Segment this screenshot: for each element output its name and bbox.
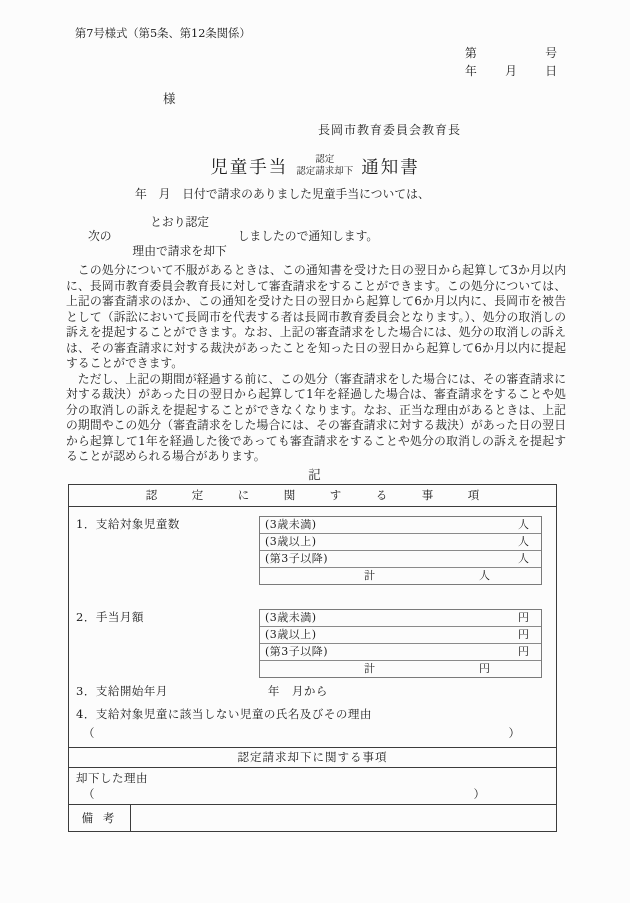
issuer-name: 長岡市教育委員会教育長	[318, 123, 630, 139]
item2-label: 2．手当月額	[69, 609, 259, 625]
title-option-rejection: 認定請求却下	[296, 167, 353, 177]
title-suffix: 通知書	[361, 160, 420, 178]
item2-row-under3: (3歳未満) 円	[260, 610, 541, 627]
title-option-stack: 認定 認定請求却下	[296, 155, 353, 178]
item2-row: 2．手当月額 (3歳未満) 円 (3歳以上) 円 (第3子以降) 円	[69, 609, 556, 678]
addressee-suffix: 様	[163, 91, 630, 107]
title-prefix: 児童手当	[210, 160, 288, 178]
form-number: 第7号様式（第5条、第12条関係）	[75, 26, 630, 42]
section-header-rejection: 認定請求却下に関する事項	[69, 748, 556, 768]
item2-over3-unit: 円	[489, 627, 541, 643]
remarks-label: 備 考	[69, 805, 131, 831]
item3-label: 3．支給開始年月	[76, 684, 168, 700]
section-header-approval: 認 定 に 関 す る 事 項	[69, 485, 556, 507]
item4-label: 4．支給対象児童に該当しない児童の氏名及びその理由	[69, 707, 556, 723]
item1-over3-unit: 人	[489, 534, 541, 550]
doc-number-prefix: 第	[465, 45, 477, 61]
item2-over3-label: (3歳以上)	[260, 627, 489, 643]
item3-value: 年 月から	[268, 684, 328, 700]
legal-notice-paragraphs: この処分について不服があるときは、この通知書を受けた日の翌日から起算して3か月以…	[66, 263, 566, 465]
rejection-reason-field: （ ）	[83, 787, 485, 803]
date-day-label: 日	[545, 63, 557, 79]
item2-amount-box: (3歳未満) 円 (3歳以上) 円 (第3子以降) 円 計 円	[259, 609, 542, 678]
rejection-paren-open: （	[83, 787, 95, 803]
choice-suffix: しましたので通知します。	[238, 229, 379, 245]
item3-row: 3．支給開始年月 年 月から	[69, 684, 556, 700]
item2-row-thirdchild: (第3子以降) 円	[260, 644, 541, 661]
item1-row-under3: (3歳未満) 人	[260, 517, 541, 534]
rejection-reason-cell: 却下した理由 （ ）	[69, 768, 556, 805]
item1-row: 1．支給対象児童数 (3歳未満) 人 (3歳以上) 人 (第3子以降) 人	[69, 516, 556, 585]
item2-row-over3: (3歳以上) 円	[260, 627, 541, 644]
item4-paren-close: ）	[509, 726, 521, 742]
rejection-reason-label: 却下した理由	[76, 770, 556, 786]
item2-total-row: 計 円	[260, 661, 541, 677]
item4-reason-field: （ ）	[83, 726, 520, 742]
choice-option-approval: とおり認定	[150, 215, 209, 231]
item1-total-row: 計 人	[260, 568, 541, 584]
notification-choice-line: 次の とおり認定 理由で請求を却下 しましたので通知します。	[88, 215, 630, 259]
approval-details-cell: 1．支給対象児童数 (3歳未満) 人 (3歳以上) 人 (第3子以降) 人	[69, 507, 556, 748]
item1-count-box: (3歳未満) 人 (3歳以上) 人 (第3子以降) 人 計 人	[259, 516, 542, 585]
item2-thirdchild-unit: 円	[489, 644, 541, 660]
item1-thirdchild-label: (第3子以降)	[260, 551, 489, 567]
date-month-label: 月	[505, 63, 517, 79]
item1-under3-unit: 人	[489, 517, 541, 533]
item1-total-label: 計	[260, 568, 479, 584]
item2-thirdchild-label: (第3子以降)	[260, 644, 489, 660]
choice-option-stack: とおり認定 理由で請求を却下	[124, 215, 236, 259]
item1-thirdchild-unit: 人	[489, 551, 541, 567]
request-date-line: 年 月 日付で請求のありました児童手当については、	[135, 187, 630, 203]
doc-meta-block: 第 号 年 月 日	[465, 45, 557, 79]
document-title: 児童手当 認定 認定請求却下 通知書	[0, 155, 630, 178]
appeal-paragraph: この処分について不服があるときは、この通知書を受けた日の翌日から起算して3か月以…	[66, 263, 566, 372]
remarks-value-cell	[131, 805, 556, 831]
title-option-approval: 認定	[315, 155, 334, 165]
item1-label: 1．支給対象児童数	[69, 516, 259, 532]
item2-total-unit: 円	[479, 661, 541, 677]
item2-under3-label: (3歳未満)	[260, 610, 489, 626]
item1-total-unit: 人	[479, 568, 541, 584]
item2-total-label: 計	[260, 661, 479, 677]
rejection-paren-close: ）	[474, 787, 486, 803]
item1-under3-label: (3歳未満)	[260, 517, 489, 533]
item1-over3-label: (3歳以上)	[260, 534, 489, 550]
item1-row-thirdchild: (第3子以降) 人	[260, 551, 541, 568]
item2-under3-unit: 円	[489, 610, 541, 626]
date-year-label: 年	[465, 63, 477, 79]
item1-row-over3: (3歳以上) 人	[260, 534, 541, 551]
item4-paren-open: （	[83, 726, 95, 742]
remarks-row: 備 考	[69, 805, 556, 831]
details-table: 認 定 に 関 す る 事 項 1．支給対象児童数 (3歳未満) 人 (3歳以上…	[68, 484, 557, 832]
doc-number-line: 第 号	[465, 45, 557, 61]
notification-document-page: 第7号様式（第5条、第12条関係） 第 号 年 月 日 様 長岡市教育委員会教育…	[0, 0, 630, 903]
deadline-paragraph: ただし、上記の期間が経過する前に、この処分（審査請求をした場合には、その審査請求…	[66, 372, 566, 465]
choice-option-rejection: 理由で請求を却下	[132, 244, 226, 260]
doc-date-line: 年 月 日	[465, 63, 557, 79]
doc-number-suffix: 号	[545, 45, 557, 61]
choice-prefix: 次の	[88, 229, 112, 245]
ki-label: 記	[0, 467, 630, 483]
